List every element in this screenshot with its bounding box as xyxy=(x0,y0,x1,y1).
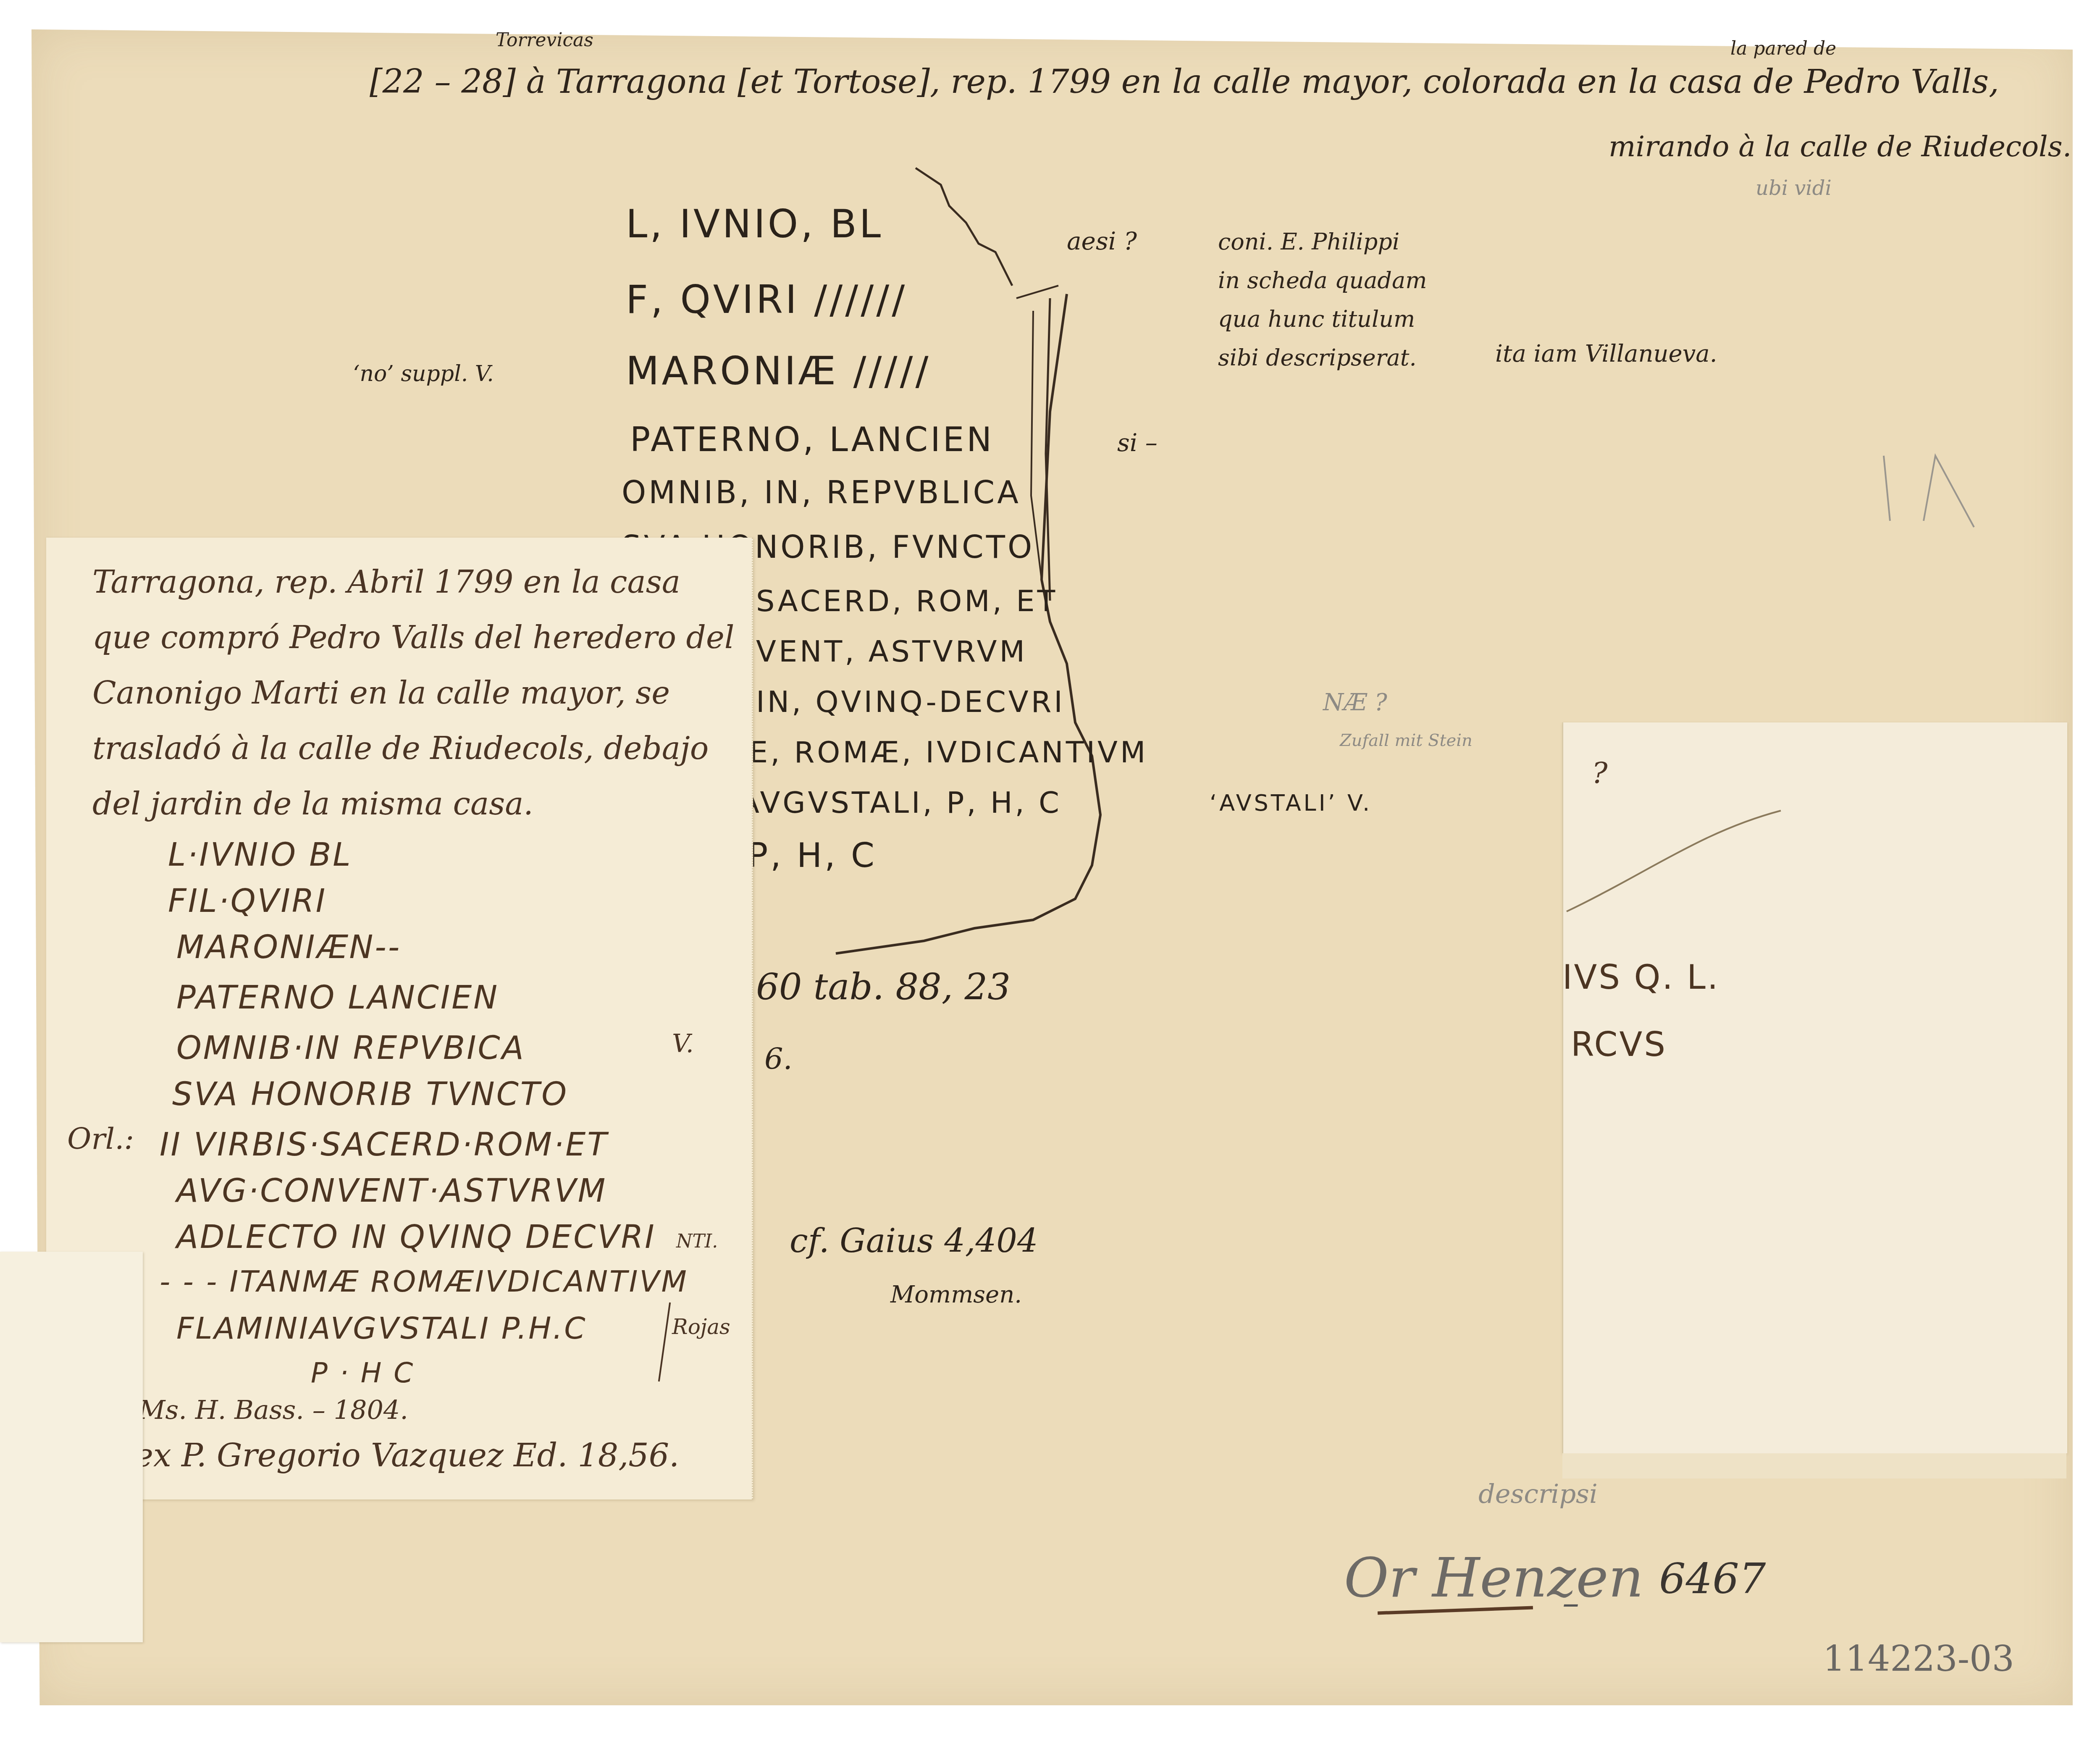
note-philippi: coni. E. Philippi in scheda quadam qua h… xyxy=(1218,223,1427,377)
slip-inscription-line-4: PATERNO LANCIEN xyxy=(176,979,499,1016)
reference-tab: 60 tab. 88, 23 xyxy=(756,966,1011,1008)
slip-prose-line-2: que compró Pedro Valls del heredero del xyxy=(92,610,734,665)
slip-inscription-line-3: MARONIÆN-- xyxy=(176,928,401,966)
slip-inscription-line-1: L·IVNIO BL xyxy=(168,836,352,873)
note-philippi-line-2: in scheda quadam xyxy=(1218,261,1427,300)
inscription-line-9: IN, QVINQ-DECVRI xyxy=(756,685,1065,719)
inscription-line-8: VENT, ASTVRVM xyxy=(756,634,1027,669)
pencil-note-ubi-vidi: ubi vidi xyxy=(1756,176,1832,200)
right-slip-line-2: RCVS xyxy=(1571,1025,1667,1064)
slip-inscription-line-10: - - - ITANMÆ ROMÆIVDICANTIVM xyxy=(160,1264,688,1299)
inscription-line-7: SACERD, ROM, ET xyxy=(756,584,1058,618)
slip-inscription-line-9: ADLECTO IN QVINQ DECVRI xyxy=(176,1218,656,1255)
slip-margin-rojas: Rojas xyxy=(672,1315,730,1339)
slip-inscription-line-12: P · H C xyxy=(311,1357,415,1389)
header-line-1: [22 – 28] à Tarragona [et Tortose], rep.… xyxy=(370,63,1999,101)
slip-prose-line-1: Tarragona, rep. Abril 1799 en la casa xyxy=(92,554,734,610)
note-aesi: aesi ? xyxy=(1067,227,1137,255)
note-philippi-line-3: qua hunc titulum xyxy=(1218,300,1427,339)
slip-prose-line-4: trasladó à la calle de Riudecols, debajo xyxy=(92,721,734,776)
pencil-note-descripsi: descripsi xyxy=(1478,1478,1598,1509)
slip-footer-line-2: ex P. Gregorio Vazquez Ed. 18,56. xyxy=(134,1436,679,1474)
slip-inscription-line-7: II VIRBIS·SACERD·ROM·ET xyxy=(160,1126,609,1163)
inscription-line-12: P, H, C xyxy=(748,836,877,875)
right-slip-line-1: IVS Q. L. xyxy=(1562,958,1719,997)
pasted-slip-right-edge xyxy=(1562,1453,2066,1478)
pencil-note-nae: NÆ ? xyxy=(1323,689,1387,716)
inscription-line-5: OMNIB, IN, REPVBLICA xyxy=(622,475,1021,511)
blank-paper-tab xyxy=(0,1252,143,1642)
slip-inscription-line-8: AVG·CONVENT·ASTVRVM xyxy=(176,1172,607,1209)
header-superscript-la-pared: la pared de xyxy=(1730,38,1836,59)
slip-prose: Tarragona, rep. Abril 1799 en la casa qu… xyxy=(92,554,734,832)
note-no-suppl: ‘no’ suppl. V. xyxy=(353,361,494,386)
inscription-line-2: F, QVIRI ////// xyxy=(626,277,907,322)
right-slip-fracture-line xyxy=(1562,722,2066,1453)
signature-henzen: Or Henzen xyxy=(1344,1546,1643,1610)
note-philippi-line-4: sibi descripserat. xyxy=(1218,339,1427,377)
signature-dash: – xyxy=(1562,1583,1579,1623)
slip-margin-nti: NTI. xyxy=(676,1231,718,1252)
slip-margin-orl: Orl.: xyxy=(67,1121,134,1156)
slip-margin-v: V. xyxy=(672,1029,694,1058)
header-superscript-torrevicas: Torrevicas xyxy=(496,29,593,51)
catalog-number: 6467 xyxy=(1659,1554,1766,1603)
slip-inscription-line-11: FLAMINIAVGVSTALI P.H.C xyxy=(176,1310,587,1346)
pencil-glyph-drawing xyxy=(1848,399,2016,546)
note-austali: ‘AVSTALI’ V. xyxy=(1210,790,1372,816)
note-philippi-line-1: coni. E. Philippi xyxy=(1218,223,1427,261)
inscription-line-11: AVGVSTALI, P, H, C xyxy=(739,785,1062,820)
slip-inscription-line-6: SVA HONORIB TVNCTO xyxy=(172,1075,568,1113)
inscription-line-10: Æ, ROMÆ, IVDICANTIVM xyxy=(739,735,1148,769)
right-slip-question-mark: ? xyxy=(1592,756,1608,790)
reference-gaius: cf. Gaius 4,404 xyxy=(790,1222,1038,1260)
note-villanueva: ita iam Villanueva. xyxy=(1495,340,1717,368)
inscription-line-3: MARONIÆ ///// xyxy=(626,349,931,394)
reference-6: 6. xyxy=(764,1042,793,1076)
header-line-2: mirando à la calle de Riudecols. xyxy=(1609,130,2071,163)
archive-id: 114223-03 xyxy=(1823,1638,2014,1679)
pencil-note-zufall: Zufall mit Stein xyxy=(1340,731,1473,750)
slip-inscription-line-5: OMNIB·IN REPVBICA xyxy=(176,1029,525,1066)
reference-mommsen: Mommsen. xyxy=(890,1281,1022,1308)
slip-footer-line-1: Ms. H. Bass. – 1804. xyxy=(139,1394,408,1425)
inscription-line-4: PATERNO, LANCIEN xyxy=(630,420,994,459)
inscription-line-1: L, IVNIO, BL xyxy=(626,202,883,247)
note-si: si – xyxy=(1117,428,1158,457)
slip-prose-line-5: del jardin de la misma casa. xyxy=(92,776,734,832)
slip-prose-line-3: Canonigo Marti en la calle mayor, se xyxy=(92,665,734,721)
slip-inscription-line-2: FIL·QVIRI xyxy=(168,882,327,919)
